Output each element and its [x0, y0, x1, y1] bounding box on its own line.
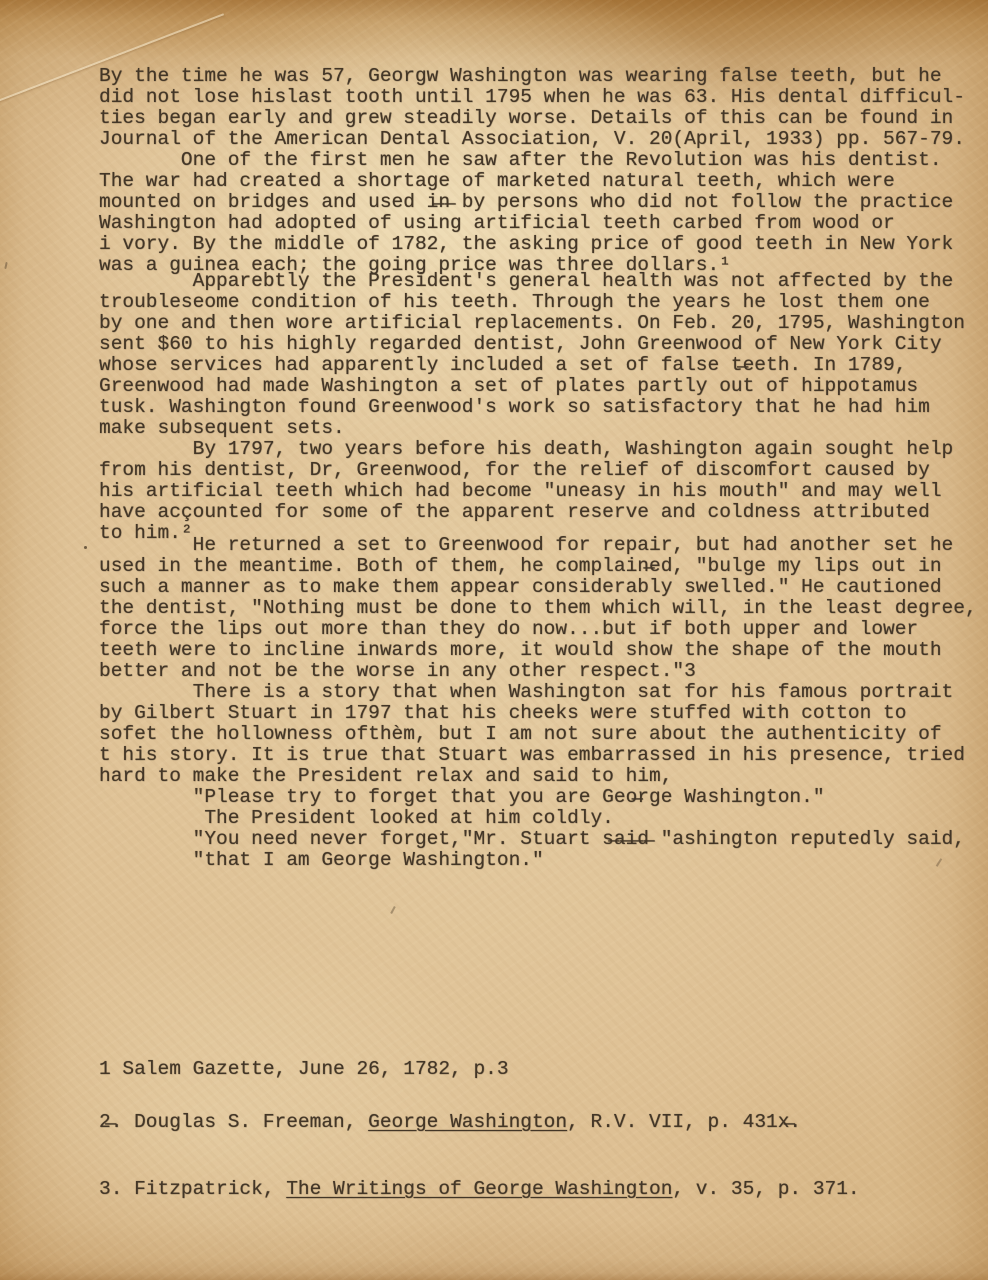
footnote-3: 3. Fitzpatrick, The Writings of George W… — [99, 1179, 860, 1200]
footnote-2-book-title: George Washington — [368, 1111, 567, 1133]
text-line: sent $60 to his highly regarded dentist,… — [99, 334, 977, 355]
text-line: by Gilbert Stuart in 1797 that his cheek… — [99, 703, 977, 724]
text-line: He returned a set to Greenwood for repai… — [99, 535, 977, 556]
text-line: hard to make the President relax and sai… — [99, 766, 977, 787]
footnote-2-citation: , R.V. VII, p. 431x̶. — [567, 1111, 801, 1133]
text-line: i vory. By the middle of 1782, the askin… — [99, 234, 977, 255]
text-line: by one and then wore artificial replacem… — [99, 313, 977, 334]
text-line: make subsequent sets. — [99, 418, 977, 439]
text-line: Greenwood had made Washington a set of p… — [99, 376, 977, 397]
ink-speck — [84, 546, 87, 549]
text-line: his artificial teeth which had become "u… — [99, 481, 977, 502]
text-line: used in the meantime. Both of them, he c… — [99, 556, 977, 577]
text-line: troubleseome condition of his teeth. Thr… — [99, 292, 977, 313]
text-line: ties began early and grew steadily worse… — [99, 108, 977, 129]
footnote-1: 1 Salem Gazette, June 26, 1782, p.3 — [99, 1059, 860, 1080]
text-line: One of the first men he saw after the Re… — [99, 150, 977, 171]
text-line: By the time he was 57, Georgw Washington… — [99, 66, 977, 87]
text-line: t his story. It is true that Stuart was … — [99, 745, 977, 766]
text-line: The war had created a shortage of market… — [99, 171, 977, 192]
document-page: By the time he was 57, Georgw Washington… — [0, 0, 988, 1280]
text-line: have acçounted for some of the apparent … — [99, 502, 977, 523]
text-line: whose services had apparently included a… — [99, 355, 977, 376]
footnote-3-book-title: The Writings of George Washington — [286, 1178, 672, 1200]
text-line: sofet the hollowness ofthèm, but I am no… — [99, 724, 977, 745]
text-line: from his dentist, Dr, Greenwood, for the… — [99, 460, 977, 481]
ink-speck — [4, 262, 7, 269]
footnotes: 1 Salem Gazette, June 26, 1782, p.3 2̶. … — [99, 1017, 860, 1242]
text-line: such a manner as to make them appear con… — [99, 577, 977, 598]
text-line: By 1797, two years before his death, Was… — [99, 439, 977, 460]
text-line: There is a story that when Washington sa… — [99, 682, 977, 703]
text-line: tusk. Washington found Greenwood's work … — [99, 397, 977, 418]
text-line: force the lips out more than they do now… — [99, 619, 977, 640]
text-line: "You need never forget,"Mr. Stuart s̶a̶i… — [99, 829, 977, 850]
footnote-2-text: 2̶. Douglas S. Freeman, — [99, 1111, 368, 1133]
footnote-3-citation: , v. 35, p. 371. — [672, 1178, 859, 1200]
text-line: teeth were to incline inwards more, it w… — [99, 640, 977, 661]
text-line: better and not be the worse in any other… — [99, 661, 977, 682]
text-line: Apparebtly the President's general healt… — [99, 271, 977, 292]
text-line: "that I am George Washington." — [99, 850, 977, 871]
text-line: The President looked at him coldly. — [99, 808, 977, 829]
typewritten-body: By the time he was 57, Georgw Washington… — [99, 66, 977, 871]
text-line: mounted on bridges and used i̶n̶ by pers… — [99, 192, 977, 213]
text-line: the dentist, "Nothing must be done to th… — [99, 598, 977, 619]
text-line: Washington had adopted of using artifici… — [99, 213, 977, 234]
ink-speck — [390, 906, 396, 914]
text-line: "Please try to forget that you are Geo̶r… — [99, 787, 977, 808]
text-line: did not lose hislast tooth until 1795 wh… — [99, 87, 977, 108]
footnote-3-text: 3. Fitzpatrick, — [99, 1178, 286, 1200]
footnote-2: 2̶. Douglas S. Freeman, George Washingto… — [99, 1112, 860, 1133]
text-line: Journal of the American Dental Associati… — [99, 129, 977, 150]
